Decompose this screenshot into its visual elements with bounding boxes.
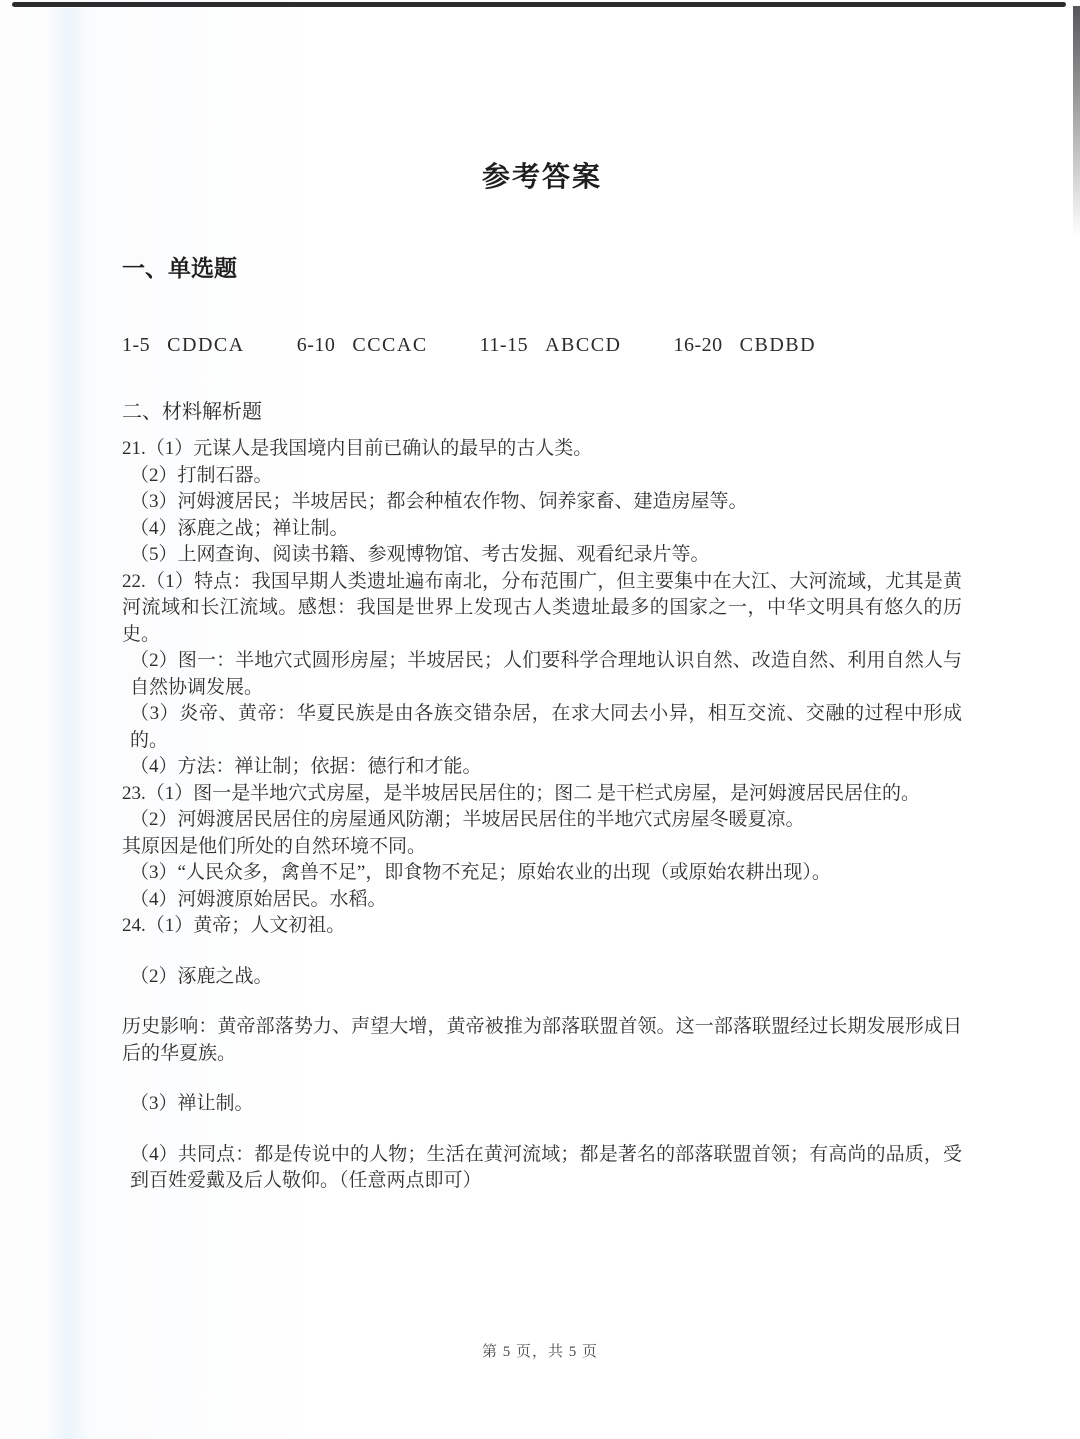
- answer-line: （2）图一：半地穴式圆形房屋；半坡居民；人们要科学合理地认识自然、改造自然、利用…: [122, 648, 962, 701]
- answer-group: 11-15ABCCD: [480, 332, 622, 358]
- answer-range: 11-15: [480, 332, 528, 358]
- answer-line: 23.（1）图一是半地穴式房屋，是半坡居民居住的；图二 是干栏式房屋，是河姆渡居…: [122, 781, 962, 808]
- answer-line: （3）河姆渡居民；半坡居民；都会种植农作物、饲养家畜、建造房屋等。: [122, 489, 962, 516]
- document-content: 参考答案 一、单选题 1-5CDDCA6-10CCCAC11-15ABCCD16…: [0, 0, 1080, 1195]
- answer-line: （4）共同点：都是传说中的人物；生活在黄河流域；都是著名的部落联盟首领；有高尚的…: [122, 1142, 962, 1195]
- answer-line: （2）河姆渡居民居住的房屋通风防潮；半坡居民居住的半地穴式房屋冬暖夏凉。: [122, 807, 962, 834]
- answer-letters: CBDBD: [740, 332, 816, 358]
- answer-range: 1-5: [122, 332, 150, 358]
- answer-line: （3）炎帝、黄帝：华夏民族是由各族交错杂居，在求大同去小异，相互交流、交融的过程…: [122, 701, 962, 754]
- answer-line: （4）涿鹿之战；禅让制。: [122, 516, 962, 543]
- answer-line: 历史影响：黄帝部落势力、声望大增，黄帝被推为部落联盟首领。这一部落联盟经过长期发…: [122, 1014, 962, 1067]
- answer-group: 1-5CDDCA: [122, 332, 245, 358]
- answer-line: （2）打制石器。: [122, 463, 962, 490]
- answer-letters: CCCAC: [352, 332, 427, 358]
- answer-range: 6-10: [297, 332, 336, 358]
- answer-line: （4）方法：禅让制；依据：德行和才能。: [122, 754, 962, 781]
- answer-line: （5）上网查询、阅读书籍、参观博物馆、考古发掘、观看纪录片等。: [122, 542, 962, 569]
- answer-line: 22.（1）特点：我国早期人类遗址遍布南北，分布范围广，但主要集中在大江、大河流…: [122, 569, 962, 649]
- material-answers: 21.（1）元谋人是我国境内目前已确认的最早的古人类。（2）打制石器。（3）河姆…: [122, 436, 962, 1195]
- mc-answer-row: 1-5CDDCA6-10CCCAC11-15ABCCD16-20CBDBD: [122, 332, 962, 358]
- answer-group: 6-10CCCAC: [297, 332, 428, 358]
- answer-line: （2）涿鹿之战。: [122, 964, 962, 991]
- answer-line: 24.（1）黄帝；人文初祖。: [122, 913, 962, 940]
- page-title: 参考答案: [122, 0, 962, 198]
- scanned-answer-page: 参考答案 一、单选题 1-5CDDCA6-10CCCAC11-15ABCCD16…: [0, 0, 1080, 1439]
- answer-line: 21.（1）元谋人是我国境内目前已确认的最早的古人类。: [122, 436, 962, 463]
- answer-line: （3）“人民众多，禽兽不足”，即食物不充足；原始农业的出现（或原始农耕出现）。: [122, 860, 962, 887]
- answer-line: 其原因是他们所处的自然环境不同。: [122, 834, 962, 861]
- answer-range: 16-20: [674, 332, 723, 358]
- section-heading-material-analysis: 二、材料解析题: [122, 358, 962, 426]
- answer-letters: ABCCD: [545, 332, 621, 358]
- answer-letters: CDDCA: [167, 332, 245, 358]
- answer-group: 16-20CBDBD: [674, 332, 817, 358]
- answer-line: （4）河姆渡原始居民。水稻。: [122, 887, 962, 914]
- page-footer: 第 5 页，共 5 页: [0, 1342, 1080, 1362]
- answer-line: （3）禅让制。: [122, 1091, 962, 1118]
- section-heading-single-choice: 一、单选题: [122, 198, 962, 284]
